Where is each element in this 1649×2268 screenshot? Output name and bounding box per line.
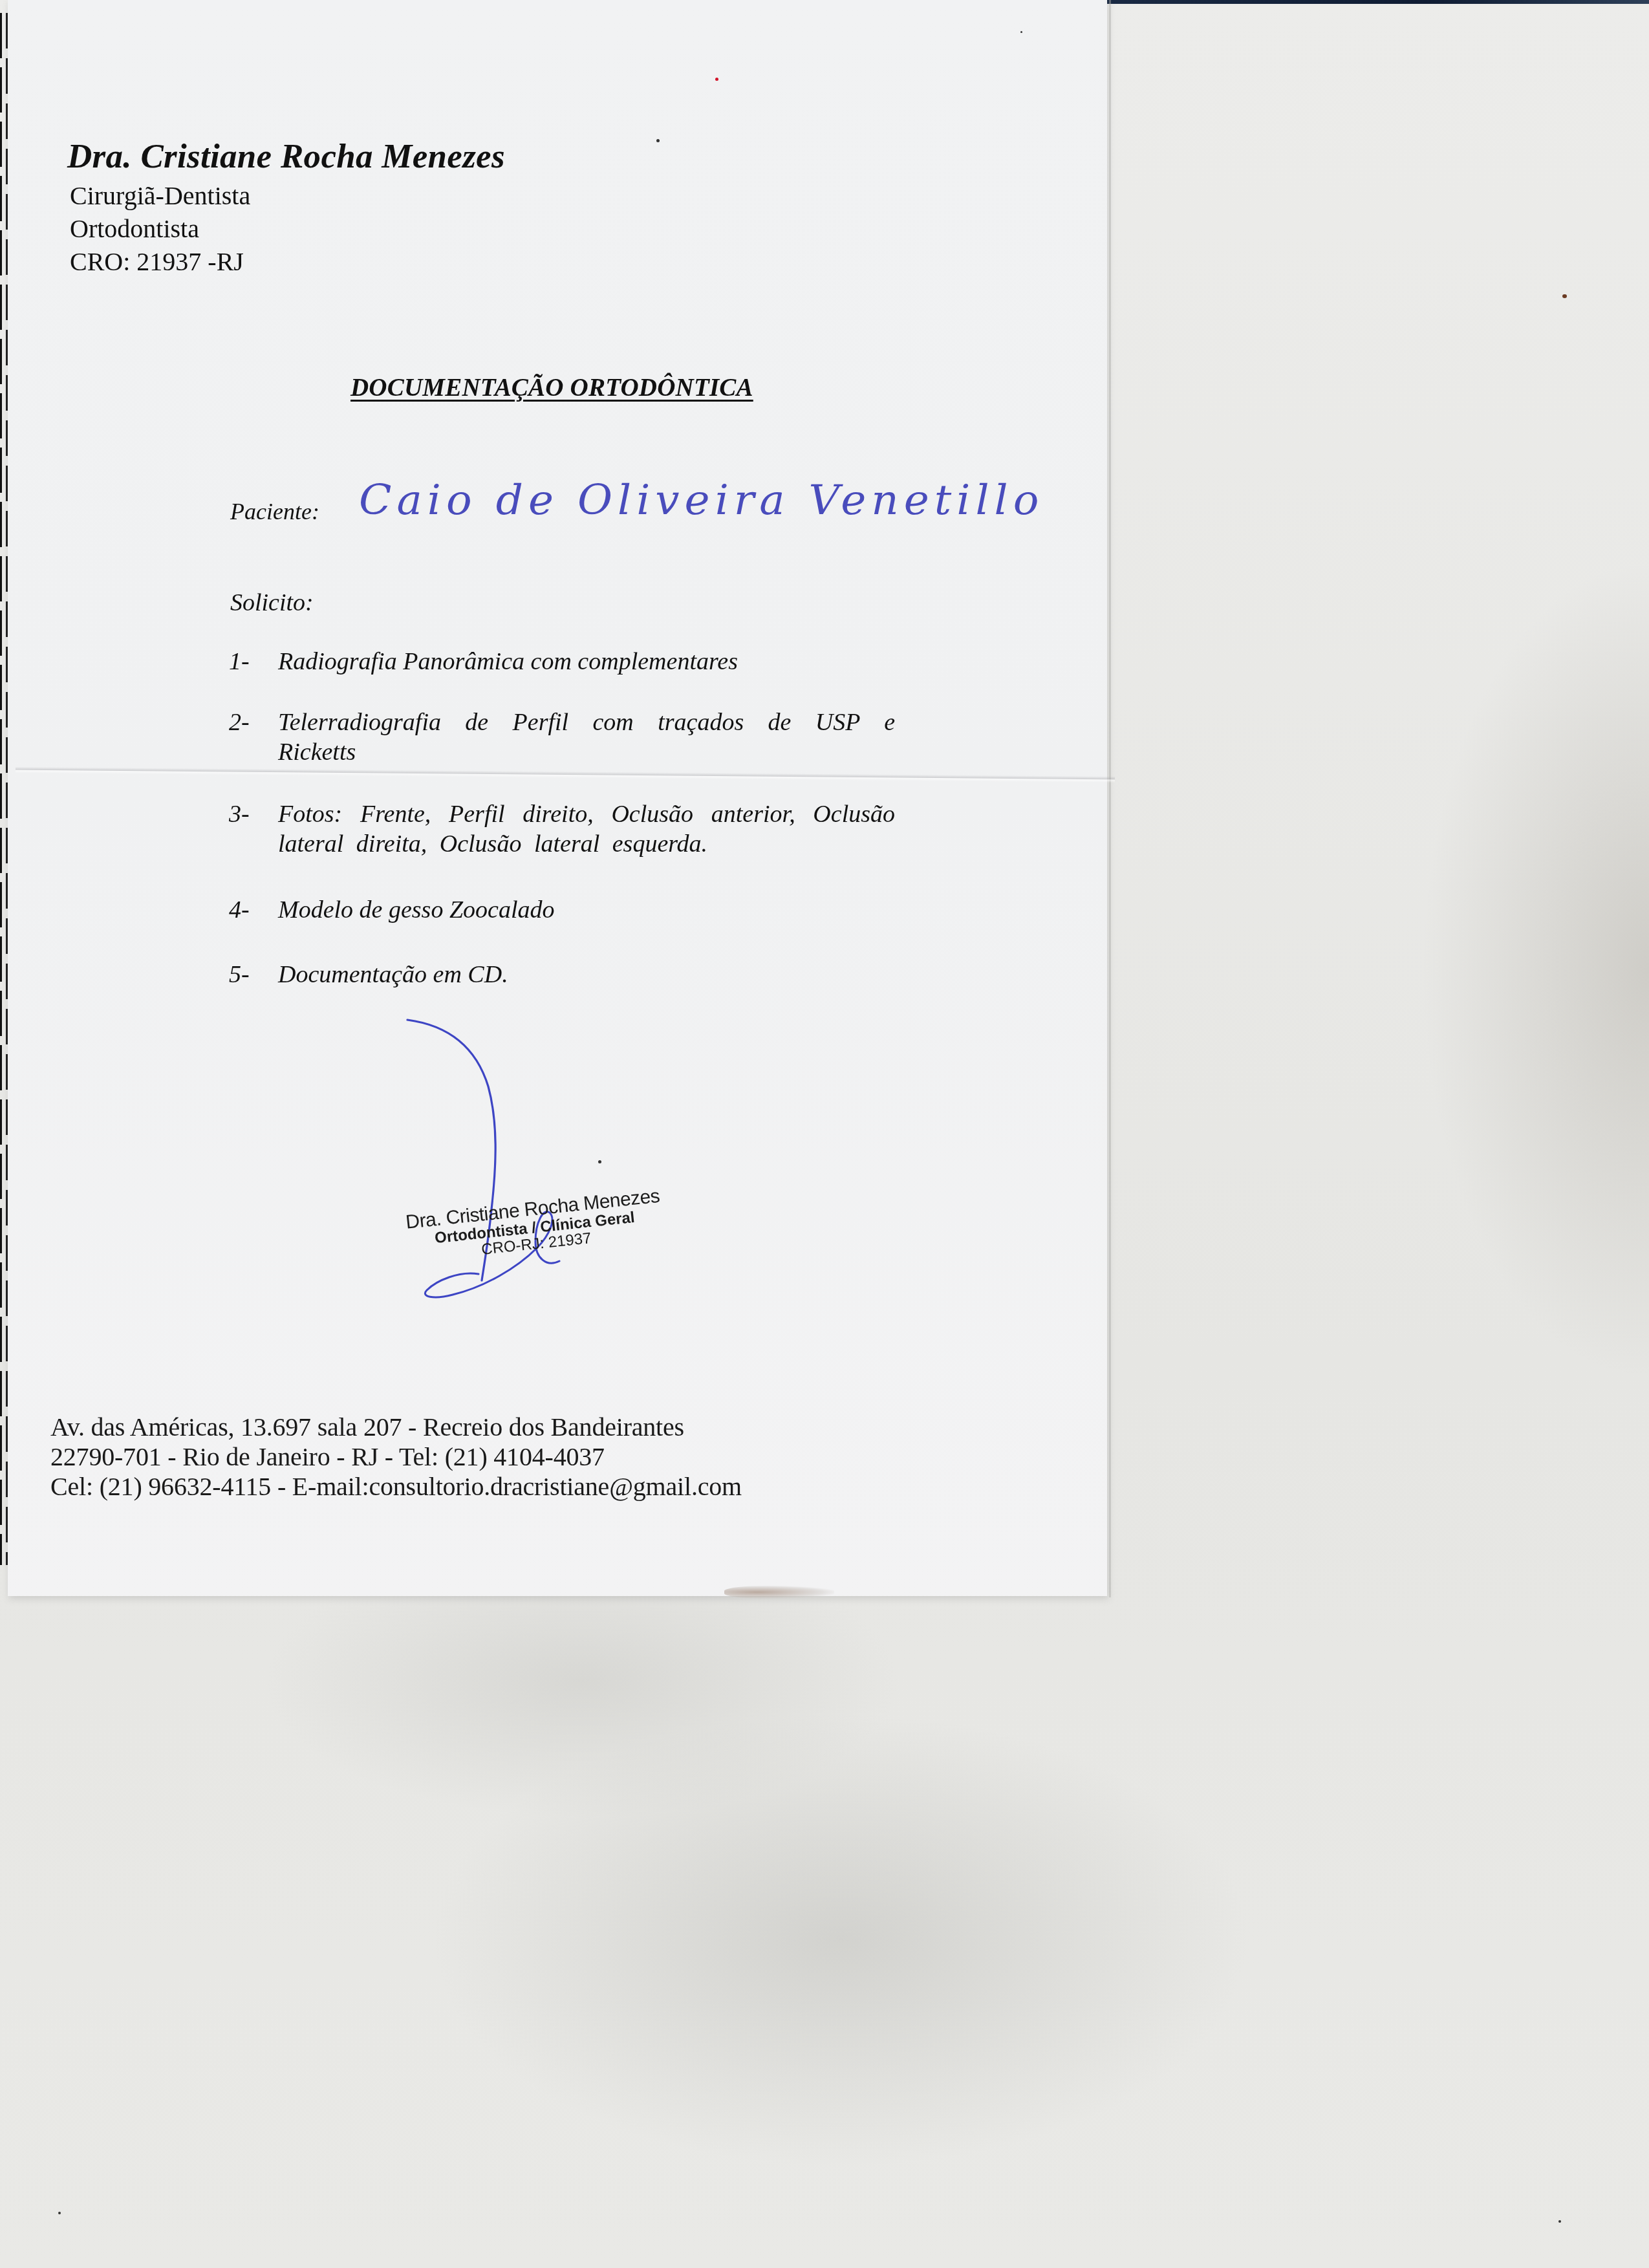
patient-name-handwritten: Caio de Oliveira Venetillo — [359, 477, 1044, 524]
list-item: 4- Modelo de gesso Zoocalado — [229, 895, 895, 925]
scan-speck — [58, 2212, 61, 2214]
item-text: Modelo de gesso Zoocalado — [278, 896, 554, 923]
item-number: 1- — [229, 647, 250, 676]
doctor-title: Cirurgiã-Dentista — [70, 180, 250, 211]
item-number: 5- — [229, 960, 250, 989]
patient-label: Paciente: — [230, 498, 319, 525]
scan-speck — [715, 78, 718, 81]
item-text: Telerradiografia de Perfil com traçados … — [278, 709, 895, 766]
scan-speck — [1562, 294, 1567, 298]
item-number: 4- — [229, 895, 250, 925]
paper-edge-shadow — [1109, 0, 1111, 1597]
item-number: 2- — [229, 707, 250, 737]
scan-speck — [598, 1160, 601, 1163]
list-item: 2- Telerradiografia de Perfil com traçad… — [229, 707, 895, 767]
list-item: 1- Radiografia Panorâmica com complement… — [229, 647, 895, 676]
scan-speck — [1558, 2220, 1561, 2223]
footer-address: Av. das Américas, 13.697 sala 207 - Recr… — [50, 1412, 742, 1442]
scan-edge-artifact — [0, 13, 9, 1565]
footer-contact: Av. das Américas, 13.697 sala 207 - Recr… — [50, 1412, 742, 1502]
item-text: Documentação em CD. — [278, 961, 508, 988]
scanner-lid-edge — [1093, 0, 1649, 4]
handwritten-signature — [362, 996, 621, 1306]
request-label: Solicito: — [230, 589, 314, 617]
item-text: Fotos: Frente, Perfil direito, Oclusão a… — [278, 801, 895, 858]
paper-tear-mark — [724, 1586, 834, 1599]
list-item: 5- Documentação em CD. — [229, 960, 895, 989]
doctor-registration: CRO: 21937 -RJ — [70, 246, 244, 277]
list-item: 3- Fotos: Frente, Perfil direito, Oclusã… — [229, 799, 895, 859]
doctor-specialty: Ortodontista — [70, 213, 199, 244]
scan-speck — [1020, 31, 1022, 33]
doctor-name: Dra. Cristiane Rocha Menezes — [67, 137, 505, 176]
document-title: DOCUMENTAÇÃO ORTODÔNTICA — [350, 373, 753, 402]
request-list: 1- Radiografia Panorâmica com complement… — [229, 647, 895, 989]
footer-city-phone: 22790-701 - Rio de Janeiro - RJ - Tel: (… — [50, 1442, 742, 1472]
scan-speck — [656, 139, 660, 142]
item-number: 3- — [229, 799, 250, 829]
footer-cell-email: Cel: (21) 96632-4115 - E-mail:consultori… — [50, 1472, 742, 1502]
item-text: Radiografia Panorâmica com complementare… — [278, 648, 738, 675]
